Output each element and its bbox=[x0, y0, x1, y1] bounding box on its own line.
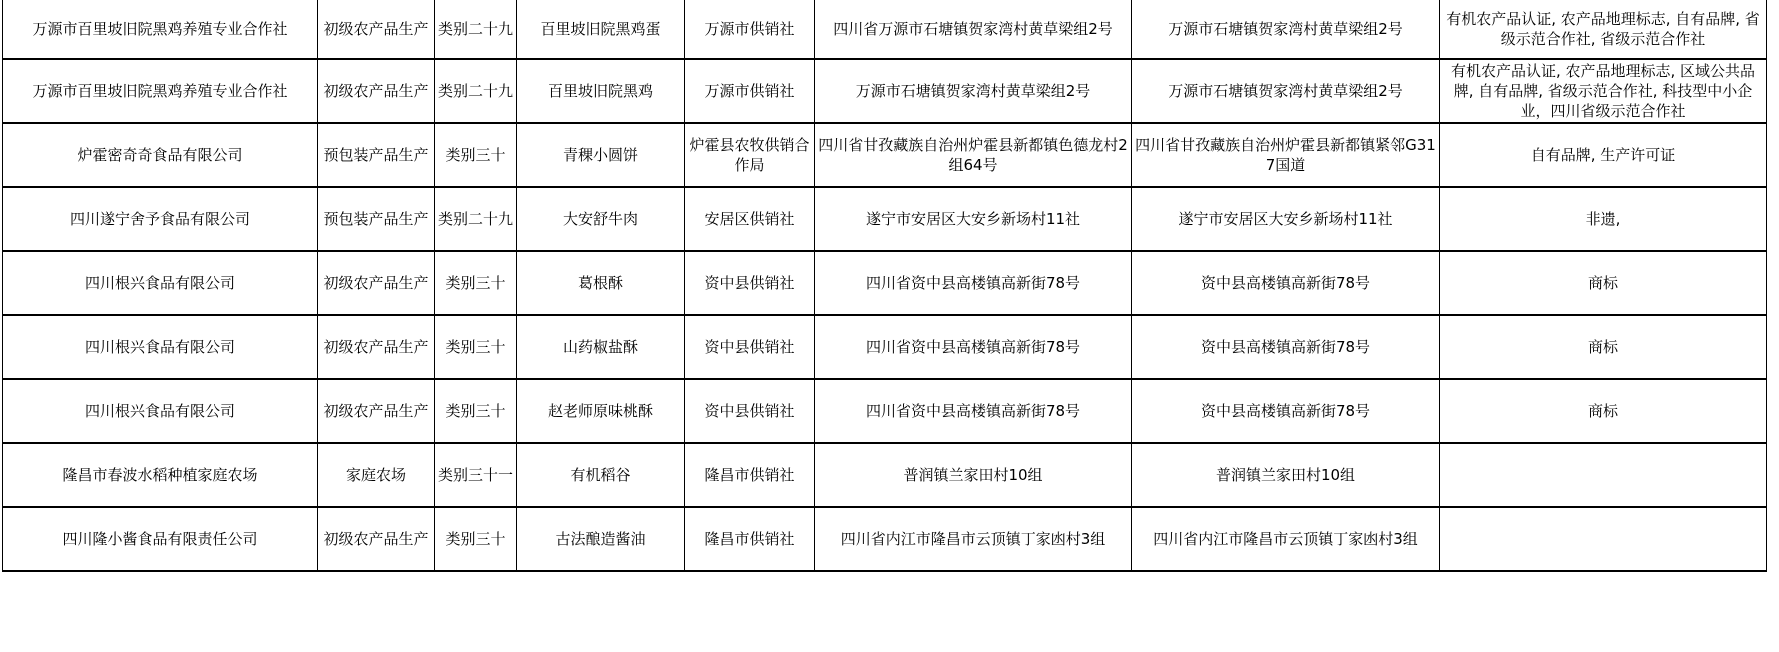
table-cell: 类别二十九 bbox=[435, 59, 517, 123]
table-cell: 类别三十 bbox=[435, 123, 517, 187]
table-cell bbox=[1440, 443, 1767, 507]
table-row: 四川根兴食品有限公司初级农产品生产类别三十赵老师原味桃酥资中县供销社四川省资中县… bbox=[3, 379, 1767, 443]
table-row: 四川隆小酱食品有限责任公司初级农产品生产类别三十古法酿造酱油隆昌市供销社四川省内… bbox=[3, 507, 1767, 571]
table-row: 隆昌市春波水稻种植家庭农场家庭农场类别三十一有机稻谷隆昌市供销社普润镇兰家田村1… bbox=[3, 443, 1767, 507]
producers-table-container: 万源市百里坡旧院黑鸡养殖专业合作社初级农产品生产类别二十九百里坡旧院黑鸡蛋万源市… bbox=[2, 0, 1767, 572]
table-cell: 资中县供销社 bbox=[685, 379, 815, 443]
table-cell: 有机农产品认证, 农产品地理标志, 区域公共品牌, 自有品牌, 省级示范合作社,… bbox=[1440, 59, 1767, 123]
table-cell: 炉霍密奇奇食品有限公司 bbox=[3, 123, 318, 187]
table-row: 四川根兴食品有限公司初级农产品生产类别三十山药椒盐酥资中县供销社四川省资中县高楼… bbox=[3, 315, 1767, 379]
table-cell: 类别三十 bbox=[435, 315, 517, 379]
table-cell: 葛根酥 bbox=[517, 251, 685, 315]
table-body: 万源市百里坡旧院黑鸡养殖专业合作社初级农产品生产类别二十九百里坡旧院黑鸡蛋万源市… bbox=[3, 0, 1767, 571]
table-cell: 商标 bbox=[1440, 315, 1767, 379]
table-cell: 资中县高楼镇高新街78号 bbox=[1132, 379, 1440, 443]
table-cell: 普润镇兰家田村10组 bbox=[1132, 443, 1440, 507]
table-cell: 初级农产品生产 bbox=[318, 0, 435, 59]
table-cell: 青稞小圆饼 bbox=[517, 123, 685, 187]
producers-table: 万源市百里坡旧院黑鸡养殖专业合作社初级农产品生产类别二十九百里坡旧院黑鸡蛋万源市… bbox=[2, 0, 1767, 572]
table-cell: 类别二十九 bbox=[435, 187, 517, 251]
table-cell: 四川根兴食品有限公司 bbox=[3, 315, 318, 379]
table-cell: 隆昌市供销社 bbox=[685, 443, 815, 507]
table-cell: 万源市供销社 bbox=[685, 0, 815, 59]
table-cell: 初级农产品生产 bbox=[318, 59, 435, 123]
table-cell: 资中县高楼镇高新街78号 bbox=[1132, 315, 1440, 379]
table-cell: 非遗, bbox=[1440, 187, 1767, 251]
table-cell: 四川省资中县高楼镇高新街78号 bbox=[815, 379, 1132, 443]
table-cell: 遂宁市安居区大安乡新场村11社 bbox=[815, 187, 1132, 251]
table-cell: 四川根兴食品有限公司 bbox=[3, 251, 318, 315]
table-cell: 预包装产品生产 bbox=[318, 187, 435, 251]
table-cell: 初级农产品生产 bbox=[318, 379, 435, 443]
table-cell: 山药椒盐酥 bbox=[517, 315, 685, 379]
table-cell: 四川省资中县高楼镇高新街78号 bbox=[815, 251, 1132, 315]
table-cell: 初级农产品生产 bbox=[318, 315, 435, 379]
table-row: 万源市百里坡旧院黑鸡养殖专业合作社初级农产品生产类别二十九百里坡旧院黑鸡蛋万源市… bbox=[3, 0, 1767, 59]
table-cell: 安居区供销社 bbox=[685, 187, 815, 251]
table-row: 四川根兴食品有限公司初级农产品生产类别三十葛根酥资中县供销社四川省资中县高楼镇高… bbox=[3, 251, 1767, 315]
table-cell: 有机农产品认证, 农产品地理标志, 自有品牌, 省级示范合作社, 省级示范合作社 bbox=[1440, 0, 1767, 59]
table-cell: 四川省资中县高楼镇高新街78号 bbox=[815, 315, 1132, 379]
table-cell: 万源市供销社 bbox=[685, 59, 815, 123]
table-cell: 商标 bbox=[1440, 379, 1767, 443]
table-row: 四川遂宁舍予食品有限公司预包装产品生产类别二十九大安舒牛肉安居区供销社遂宁市安居… bbox=[3, 187, 1767, 251]
table-cell: 资中县供销社 bbox=[685, 251, 815, 315]
table-cell: 遂宁市安居区大安乡新场村11社 bbox=[1132, 187, 1440, 251]
table-cell: 隆昌市供销社 bbox=[685, 507, 815, 571]
table-cell: 有机稻谷 bbox=[517, 443, 685, 507]
table-cell: 资中县供销社 bbox=[685, 315, 815, 379]
table-cell: 隆昌市春波水稻种植家庭农场 bbox=[3, 443, 318, 507]
table-cell: 四川省甘孜藏族自治州炉霍县新都镇色德龙村2组64号 bbox=[815, 123, 1132, 187]
table-cell: 类别三十 bbox=[435, 251, 517, 315]
table-cell: 百里坡旧院黑鸡蛋 bbox=[517, 0, 685, 59]
table-cell: 万源市石塘镇贺家湾村黄草梁组2号 bbox=[1132, 0, 1440, 59]
table-cell: 万源市百里坡旧院黑鸡养殖专业合作社 bbox=[3, 0, 318, 59]
table-cell: 普润镇兰家田村10组 bbox=[815, 443, 1132, 507]
table-cell: 大安舒牛肉 bbox=[517, 187, 685, 251]
table-cell bbox=[1440, 507, 1767, 571]
table-cell: 类别三十 bbox=[435, 379, 517, 443]
table-cell: 四川省内江市隆昌市云顶镇丁家凼村3组 bbox=[1132, 507, 1440, 571]
table-cell: 自有品牌, 生产许可证 bbox=[1440, 123, 1767, 187]
table-cell: 初级农产品生产 bbox=[318, 507, 435, 571]
table-cell: 赵老师原味桃酥 bbox=[517, 379, 685, 443]
table-cell: 炉霍县农牧供销合作局 bbox=[685, 123, 815, 187]
table-cell: 商标 bbox=[1440, 251, 1767, 315]
table-cell: 万源市石塘镇贺家湾村黄草梁组2号 bbox=[1132, 59, 1440, 123]
table-cell: 资中县高楼镇高新街78号 bbox=[1132, 251, 1440, 315]
table-cell: 古法酿造酱油 bbox=[517, 507, 685, 571]
table-cell: 四川遂宁舍予食品有限公司 bbox=[3, 187, 318, 251]
table-cell: 家庭农场 bbox=[318, 443, 435, 507]
table-cell: 预包装产品生产 bbox=[318, 123, 435, 187]
table-row: 万源市百里坡旧院黑鸡养殖专业合作社初级农产品生产类别二十九百里坡旧院黑鸡万源市供… bbox=[3, 59, 1767, 123]
table-cell: 初级农产品生产 bbox=[318, 251, 435, 315]
table-cell: 四川根兴食品有限公司 bbox=[3, 379, 318, 443]
table-cell: 四川省万源市石塘镇贺家湾村黄草梁组2号 bbox=[815, 0, 1132, 59]
table-cell: 类别三十 bbox=[435, 507, 517, 571]
table-cell: 类别三十一 bbox=[435, 443, 517, 507]
table-cell: 四川隆小酱食品有限责任公司 bbox=[3, 507, 318, 571]
table-cell: 万源市百里坡旧院黑鸡养殖专业合作社 bbox=[3, 59, 318, 123]
table-cell: 四川省甘孜藏族自治州炉霍县新都镇紧邻G317国道 bbox=[1132, 123, 1440, 187]
table-cell: 百里坡旧院黑鸡 bbox=[517, 59, 685, 123]
table-cell: 万源市石塘镇贺家湾村黄草梁组2号 bbox=[815, 59, 1132, 123]
table-cell: 类别二十九 bbox=[435, 0, 517, 59]
table-row: 炉霍密奇奇食品有限公司预包装产品生产类别三十青稞小圆饼炉霍县农牧供销合作局四川省… bbox=[3, 123, 1767, 187]
table-cell: 四川省内江市隆昌市云顶镇丁家凼村3组 bbox=[815, 507, 1132, 571]
